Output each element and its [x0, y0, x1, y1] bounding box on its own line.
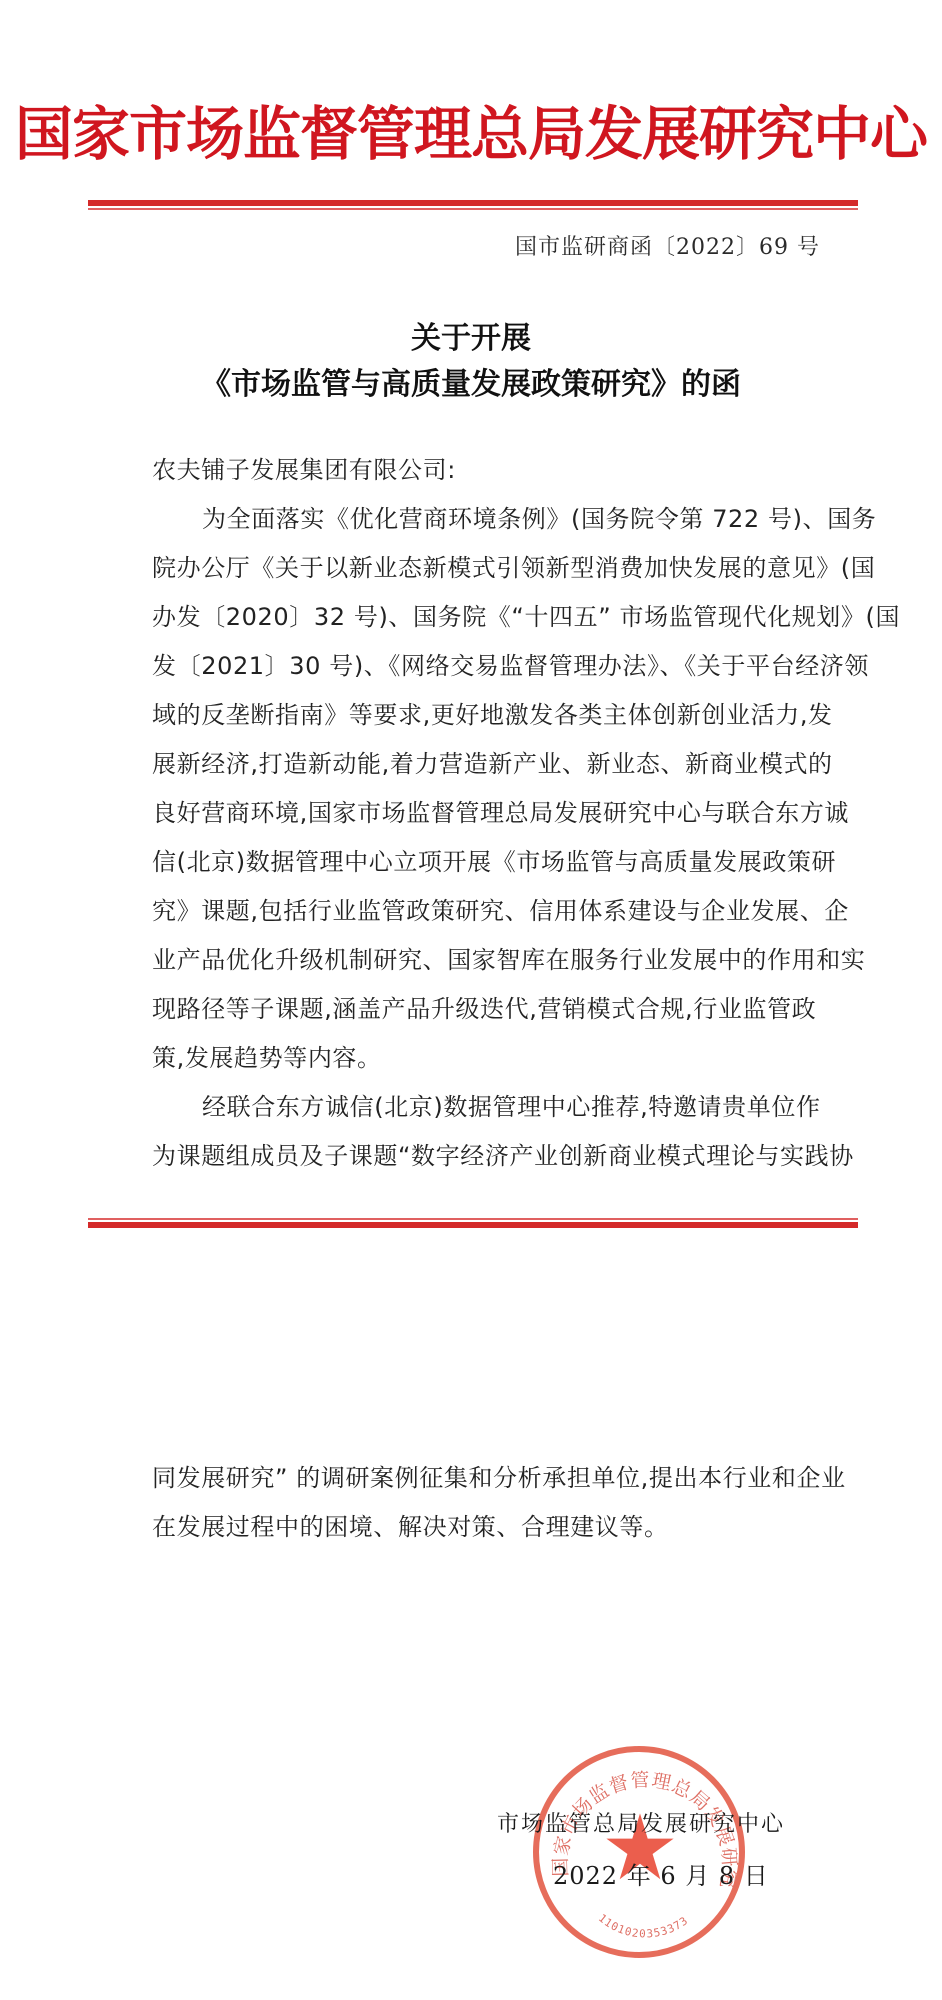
- body-line: 办发〔2020〕32 号)、国务院《“十四五” 市场监管现代化规划》(国: [152, 602, 822, 632]
- org-letterhead-title: 国家市场监督管理总局发展研究中心: [0, 98, 942, 170]
- letter-title-line2: 《市场监管与高质量发展政策研究》的函: [0, 362, 942, 408]
- svg-text:1101020353373: 1101020353373: [596, 1911, 691, 1940]
- letter-title-line1: 关于开展: [0, 316, 942, 362]
- body-line: 究》课题,包括行业监管政策研究、信用体系建设与企业发展、企: [152, 896, 822, 926]
- body-line: 院办公厅《关于以新业态新模式引领新型消费加快发展的意见》(国: [152, 553, 822, 583]
- body-line: 信(北京)数据管理中心立项开展《市场监管与高质量发展政策研: [152, 847, 822, 877]
- header-red-rule: [88, 200, 858, 210]
- body-line: 良好营商环境,国家市场监督管理总局发展研究中心与联合东方诚: [152, 798, 822, 828]
- body-line: 现路径等子课题,涵盖产品升级迭代,营销模式合规,行业监管政: [152, 994, 822, 1024]
- issue-date: 2022 年 6 月 8 日: [553, 1856, 769, 1891]
- salutation: 农夫铺子发展集团有限公司:: [152, 455, 822, 485]
- official-seal: 国家市场监督管理总局发展研究中心 1101020353373: [533, 1746, 745, 1958]
- page-break-red-rule: [88, 1218, 858, 1228]
- body-line: 为课题组成员及子课题“数字经济产业创新商业模式理论与实践协: [152, 1141, 822, 1171]
- body-line: 经联合东方诚信(北京)数据管理中心推荐,特邀请贵单位作: [202, 1092, 822, 1122]
- issuer-signature: 市场监管总局发展研究中心: [497, 1807, 785, 1838]
- body-line: 策,发展趋势等内容。: [152, 1043, 822, 1073]
- body-line: 同发展研究” 的调研案例征集和分析承担单位,提出本行业和企业: [152, 1463, 822, 1493]
- body-line: 展新经济,打造新动能,着力营造新产业、新业态、新商业模式的: [152, 749, 822, 779]
- body-line: 发〔2021〕30 号)、《网络交易监督管理办法》、《关于平台经济领: [152, 651, 822, 681]
- body-line: 在发展过程中的困境、解决对策、合理建议等。: [152, 1512, 822, 1542]
- document-number: 国市监研商函〔2022〕69 号: [515, 230, 820, 261]
- body-line: 为全面落实《优化营商环境条例》(国务院令第 722 号)、国务: [202, 504, 822, 534]
- body-line: 域的反垄断指南》等要求,更好地激发各类主体创新创业活力,发: [152, 700, 822, 730]
- body-line: 业产品优化升级机制研究、国家智库在服务行业发展中的作用和实: [152, 945, 822, 975]
